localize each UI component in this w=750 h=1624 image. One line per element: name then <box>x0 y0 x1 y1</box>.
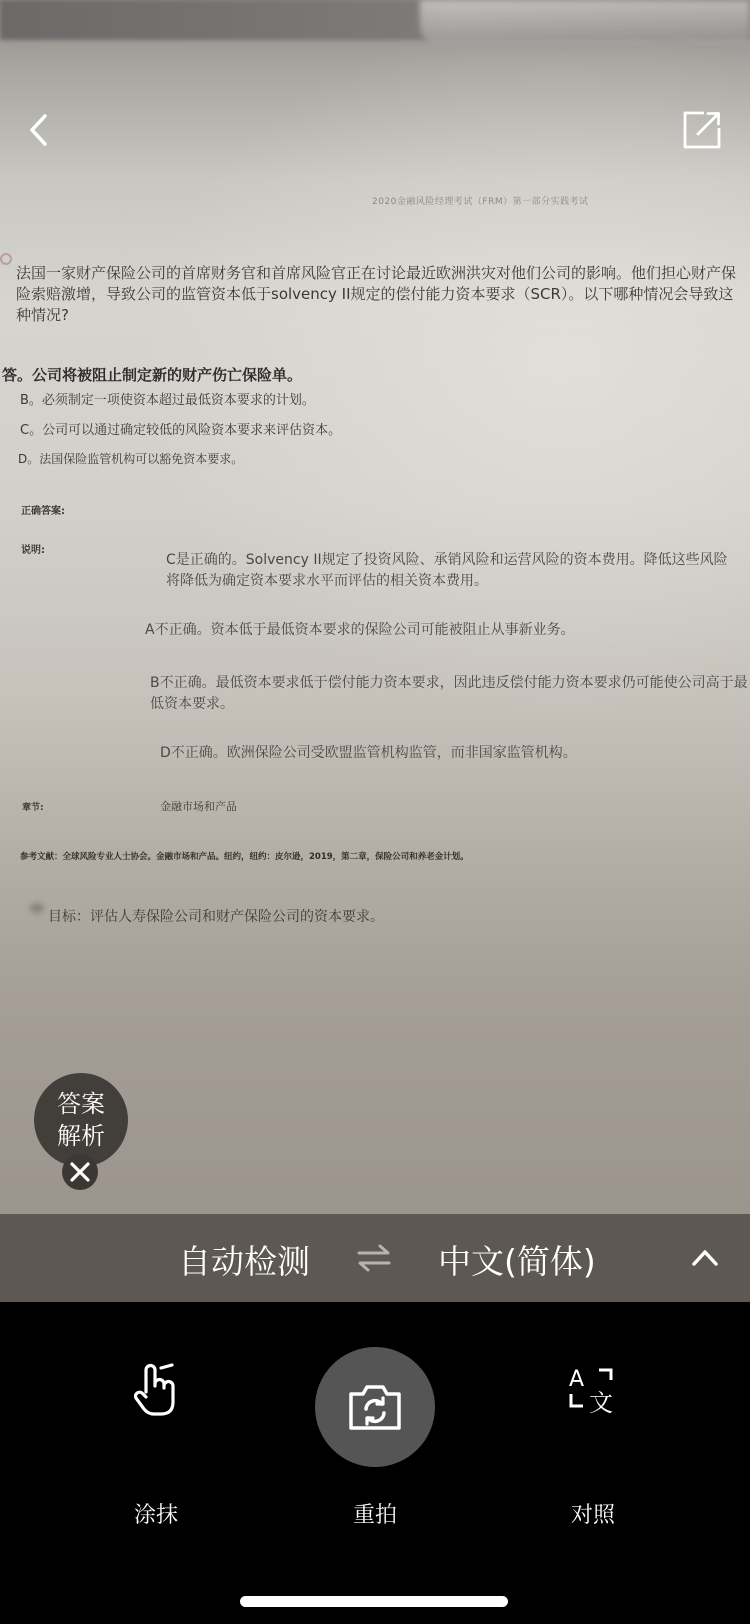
erase-label: 涂抹 <box>134 1498 178 1529</box>
svg-text:A: A <box>569 1367 584 1392</box>
share-export-icon <box>682 110 722 150</box>
camera-refresh-icon <box>347 1382 403 1432</box>
explanation-c: C是正确的。Solvency II规定了投资风险、承销风险和运营风险的资本费用。… <box>166 550 736 592</box>
bottom-toolbar: 涂抹 重拍 A 文 对照 <box>0 1302 750 1624</box>
smudge <box>30 903 44 913</box>
translate-compare-icon: A 文 <box>567 1364 619 1416</box>
back-button[interactable] <box>22 110 54 150</box>
finger-swipe-icon <box>132 1362 180 1418</box>
option-b: B。必须制定一项使资本超过最低资本要求的计划。 <box>20 389 315 408</box>
source-language-select[interactable]: 自动检测 <box>178 1236 310 1283</box>
retake-label: 重拍 <box>353 1498 397 1529</box>
reference-text: 参考文献：全球风险专业人士协会。金融市场和产品。纽约，纽约：皮尔逊，2019，第… <box>20 850 469 862</box>
answer-analysis-button[interactable]: 答案 解析 <box>34 1073 128 1167</box>
svg-text:文: 文 <box>589 1389 613 1416</box>
document-header: 2020金融风险经理考试（FRM）第一部分实践考试 <box>372 194 589 207</box>
translate-camera-screen: 2020金融风险经理考试（FRM）第一部分实践考试 法国一家财产保险公司的首席财… <box>0 0 750 1624</box>
captured-photo: 2020金融风险经理考试（FRM）第一部分实践考试 法国一家财产保险公司的首席财… <box>0 0 750 1215</box>
chevron-left-icon <box>27 113 49 147</box>
swap-arrows-icon <box>356 1238 392 1278</box>
question-text: 法国一家财产保险公司的首席财务官和首席风险官正在讨论最近欧洲洪灾对他们公司的影响… <box>16 263 746 326</box>
compare-button[interactable]: A 文 对照 <box>545 1302 641 1532</box>
explanation-label: 说明: <box>21 541 45 556</box>
option-a: 答。公司将被阻止制定新的财产伤亡保险单。 <box>2 364 302 385</box>
chapter-label: 章节: <box>22 800 44 813</box>
language-bar: 自动检测 中文(简体) <box>0 1214 750 1302</box>
explanation-b: B不正确。最低资本要求低于偿付能力资本要求，因此违反偿付能力资本要求仍可能使公司… <box>150 673 750 715</box>
retake-button[interactable]: 重拍 <box>313 1302 437 1532</box>
paper-mark <box>0 253 12 265</box>
answer-analysis-close-button[interactable] <box>62 1154 98 1190</box>
explanation-d: D不正确。欧洲保险公司受欧盟监管机构监管，而非国家监管机构。 <box>160 743 577 764</box>
swap-languages-button[interactable] <box>356 1238 392 1278</box>
chevron-up-icon <box>690 1244 720 1270</box>
option-c: C。公司可以通过确定较低的风险资本要求来评估资本。 <box>20 419 341 438</box>
target-language-select[interactable]: 中文(简体) <box>438 1236 596 1283</box>
erase-button[interactable]: 涂抹 <box>108 1302 204 1532</box>
objective-text: 目标：评估人寿保险公司和财产保险公司的资本要求。 <box>48 906 384 926</box>
explanation-a: A不正确。资本低于最低资本要求的保险公司可能被阻止从事新业务。 <box>145 620 575 641</box>
expand-button[interactable] <box>690 1244 720 1270</box>
option-d: D。法国保险监管机构可以豁免资本要求。 <box>18 450 243 467</box>
answer-analysis-line1: 答案 <box>57 1088 105 1120</box>
correct-answer-label: 正确答案: <box>21 502 65 517</box>
home-indicator[interactable] <box>240 1596 508 1607</box>
compare-label: 对照 <box>571 1498 615 1529</box>
close-icon <box>69 1161 91 1183</box>
answer-analysis-line2: 解析 <box>57 1120 105 1152</box>
share-button[interactable] <box>682 110 722 150</box>
retake-circle <box>315 1347 435 1467</box>
chapter-value: 金融市场和产品 <box>160 798 237 814</box>
